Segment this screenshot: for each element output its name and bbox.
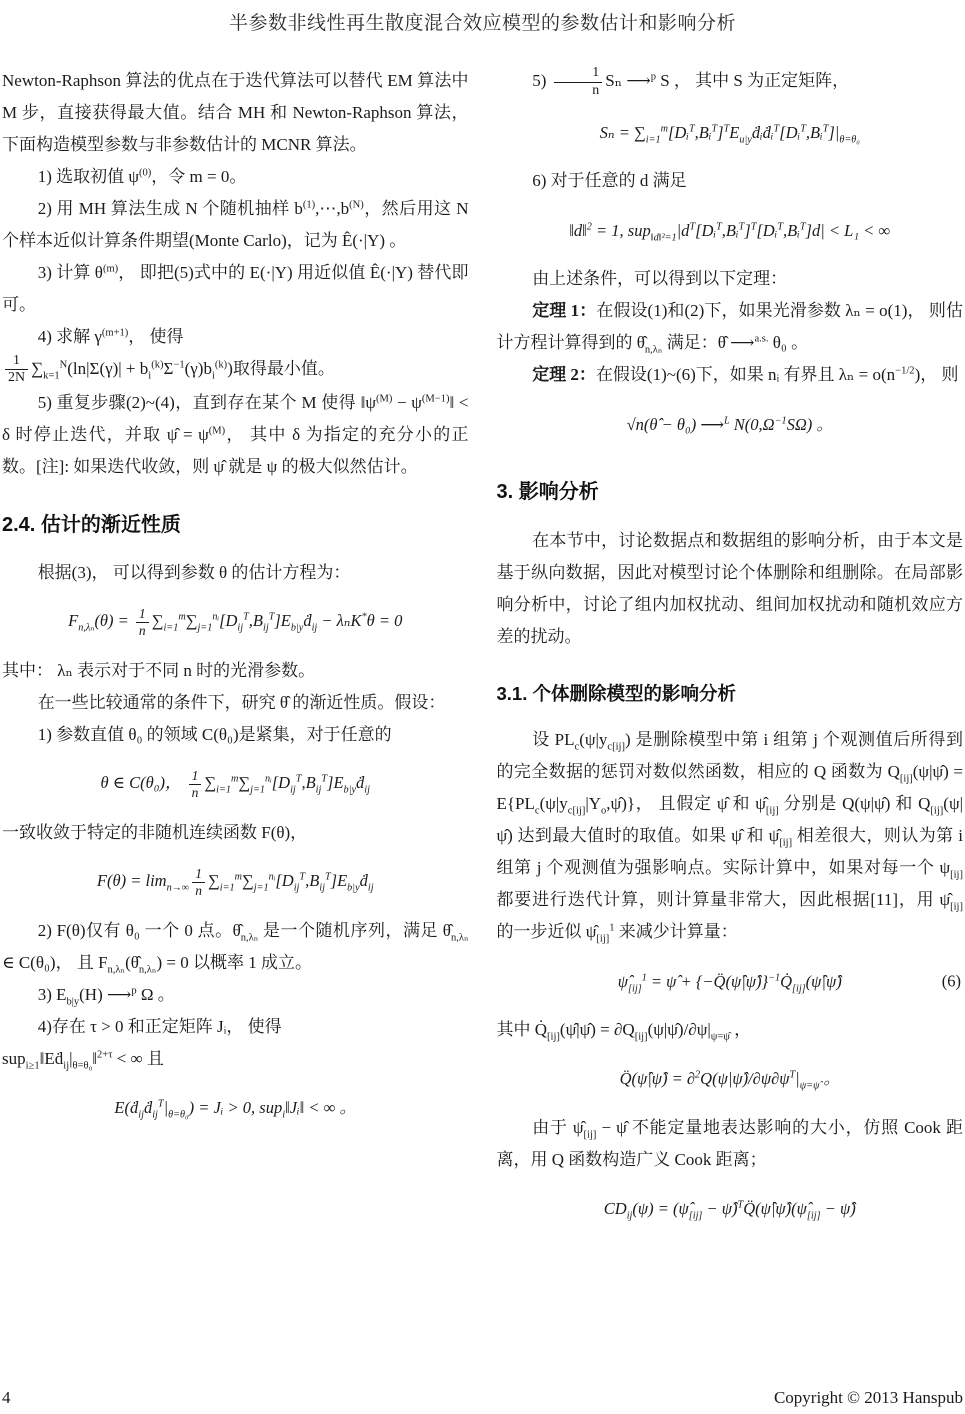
estimating-equation-formula: Fn,λₙ(θ) = 1n∑i=1m∑j=1nᵢ[DijT,BijT]Eb|yḋ… [68, 605, 402, 639]
mcnr-step-2: 2) 用 MH 算法生成 N 个随机抽样 b(1),⋯,b(N)，然后用这 N … [2, 193, 469, 257]
minimize-sum-formula: 12N∑k=1N(ln|Σ(γ)| + bi(k)Σ−1(γ)bi(k)) [2, 359, 233, 378]
bounded-d-equation: ‖d‖2 = 1, sup‖d‖²=1|dT[DᵢT,BᵢT]T[DᵢT,BᵢT… [497, 204, 964, 256]
generalized-cook-distance-formula: CDij(ψ) = (ψ̂[ij] − ψ̂)TQ̈(ψ̂|ψ̂)(ψ̂[ij]… [604, 1193, 856, 1224]
mcnr-intro-paragraph: Newton-Raphson 算法的优点在于迭代算法可以替代 EM 算法中 M … [2, 65, 469, 161]
estimating-equation-intro: 根据(3)， 可以得到参数 θ 的估计方程为： [2, 557, 469, 589]
theta-in-compact-set-formula: θ ∈ C(θ₀)， 1n∑i=1m∑j=1nᵢ[DijT,BijT]Eb|yḋ… [101, 767, 370, 801]
asymptotic-properties-intro: 在一些比较通常的条件下，研究 θ̂ 的渐近性质。假设： [2, 687, 469, 719]
two-column-body: Newton-Raphson 算法的优点在于迭代算法可以替代 EM 算法中 M … [2, 65, 963, 1242]
q-ddot-definition-formula: Q̈(ψ̂|ψ̂) = ∂2Q(ψ|ψ̂)/∂ψ∂ψT|ψ=ψ̂ 。 [620, 1063, 840, 1094]
generalized-cook-intro: 由于 ψ̂[ij] − ψ̂ 不能定量地表达影响的大小，仿照 Cook 距离，用… [497, 1112, 964, 1176]
influence-analysis-intro: 在本节中，讨论数据点和数据组的影响分析，由于本文是基于纵向数据，因此对模型讨论个… [497, 525, 964, 653]
right-column: 5) 1nSₙ ⟶p S ， 其中 S 为正定矩阵， Sₙ = ∑i=1m[Dᵢ… [497, 65, 964, 1242]
smoothing-parameter-note: 其中： λₙ 表示对于不同 n 时的光滑参数。 [2, 655, 469, 687]
mcnr-step-4-formula-line: 12N∑k=1N(ln|Σ(γ)| + bi(k)Σ−1(γ)bi(k))取得最… [2, 353, 469, 387]
theorem-1: 定理 1：在假设(1)和(2)下，如果光滑参数 λₙ = o(1)， 则估计方程… [497, 295, 964, 359]
assumption-1-equation: θ ∈ C(θ₀)， 1n∑i=1m∑j=1nᵢ[DijT,BijT]Eb|yḋ… [2, 758, 469, 810]
page-footer: 4 Copyright © 2013 Hanspub [2, 1388, 963, 1408]
running-head-title: 半参数非线性再生散度混合效应模型的参数估计和影响分析 [0, 0, 965, 35]
left-column: Newton-Raphson 算法的优点在于迭代算法可以替代 EM 算法中 M … [2, 65, 469, 1242]
theorems-intro: 由上述条件，可以得到以下定理： [497, 263, 964, 295]
assumption-2: 2) F(θ)仅有 θ₀ 一个 0 点。θ̂n,λₙ 是一个随机序列，满足 θ̂… [2, 915, 469, 979]
sn-matrix-formula: Sₙ = ∑i=1m[DᵢT,BᵢT]TEu|yḋᵢḋᵢT[DᵢT,BᵢT]|θ… [600, 117, 860, 148]
assumption-5: 5) 1nSₙ ⟶p S ， 其中 S 为正定矩阵， [497, 65, 964, 99]
limit-function-formula: F(θ) = limn→∞1n∑i=1m∑j=1nᵢ[DijT,BijT]Eb|… [97, 865, 374, 899]
assumption-1: 1) 参数直值 θ₀ 的领域 C(θ₀)是紧集，对于任意的 [2, 719, 469, 751]
assumption-6: 6) 对于任意的 d 满足 [497, 165, 964, 197]
sup-condition-line: supi≥1‖Eḋij|θ=θ₀‖2+τ < ∞ 且 [2, 1043, 469, 1075]
mcnr-step-4: 4) 求解 γ(m+1)， 使得 [2, 321, 469, 353]
positive-definite-formula: E(ḋijḋijT|θ=θ₀) = Jᵢ > 0, supi‖Jᵢ‖ < ∞ 。 [114, 1092, 356, 1123]
minimize-sum-tail: 取得最小值。 [233, 359, 335, 378]
q-dot-definition-line: 其中 Q̇[ij](ψ̂|ψ̂) = ∂Q[ij](ψ|ψ̂)/∂ψ|ψ=ψ̂ … [497, 1014, 964, 1046]
mcnr-step-5: 5) 重复步骤(2)~(4)，直到存在某个 M 使得 ‖ψ(M) − ψ(M−1… [2, 387, 469, 483]
one-step-approximation-equation: ψ̂[ij]1 = ψ̂ + {−Q̈(ψ̂|ψ̂)}−1Q̇[ij](ψ̂|ψ… [497, 955, 964, 1007]
section-heading-3-1: 3.1. 个体删除模型的影响分析 [497, 677, 964, 712]
assumption-3: 3) Eb|y(H) ⟶p Ω 。 [2, 979, 469, 1011]
theorem-2: 定理 2：在假设(1)~(6)下，如果 nᵢ 有界且 λₙ = o(n−1/2)… [497, 359, 964, 391]
bounded-d-formula: ‖d‖2 = 1, sup‖d‖²=1|dT[DᵢT,BᵢT]T[DᵢT,BᵢT… [569, 215, 890, 246]
theorem-2-text: 在假设(1)~(6)下，如果 nᵢ 有界且 λₙ = o(n−1/2)， 则 [596, 365, 959, 384]
q-ddot-definition-equation: Q̈(ψ̂|ψ̂) = ∂2Q(ψ|ψ̂)/∂ψ∂ψT|ψ=ψ̂ 。 [497, 1053, 964, 1105]
uniform-convergence-note: 一致收敛于特定的非随机连续函数 F(θ)， [2, 817, 469, 849]
sn-matrix-equation: Sₙ = ∑i=1m[DᵢT,BᵢT]TEu|yḋᵢḋᵢT[DᵢT,BᵢT]|θ… [497, 106, 964, 158]
asymptotic-normality-equation: √n(θ̂ − θ₀) ⟶L N(0,Ω−1SΩ) 。 [497, 398, 964, 450]
page-number: 4 [2, 1388, 11, 1408]
mcnr-step-3: 3) 计算 θ(m)， 即把(5)式中的 E(·|Y) 用近似值 Ê(·|Y) … [2, 257, 469, 321]
section-heading-2-4: 2.4. 估计的渐近性质 [2, 507, 469, 545]
copyright-notice: Copyright © 2013 Hanspub [774, 1388, 963, 1408]
positive-definite-equation: E(ḋijḋijT|θ=θ₀) = Jᵢ > 0, supi‖Jᵢ‖ < ∞ 。 [2, 1082, 469, 1134]
equation-number-6: (6) [942, 966, 961, 997]
paper-page: 半参数非线性再生散度混合效应模型的参数估计和影响分析 Newton-Raphso… [0, 0, 965, 1414]
section-heading-3: 3. 影响分析 [497, 474, 964, 512]
asymptotic-normality-formula: √n(θ̂ − θ₀) ⟶L N(0,Ω−1SΩ) 。 [627, 409, 833, 440]
limit-function-equation: F(θ) = limn→∞1n∑i=1m∑j=1nᵢ[DijT,BijT]Eb|… [2, 856, 469, 908]
one-step-approximation-formula: ψ̂[ij]1 = ψ̂ + {−Q̈(ψ̂|ψ̂)}−1Q̇[ij](ψ̂|ψ… [618, 966, 842, 997]
estimating-equation: Fn,λₙ(θ) = 1n∑i=1m∑j=1nᵢ[DijT,BijT]Eb|yḋ… [2, 596, 469, 648]
assumption-4: 4)存在 τ > 0 和正定矩阵 Jᵢ， 使得 [2, 1011, 469, 1043]
mcnr-step-1: 1) 选取初值 ψ(0)，令 m = 0。 [2, 161, 469, 193]
theorem-1-label: 定理 1： [532, 301, 596, 320]
generalized-cook-distance-equation: CDij(ψ) = (ψ̂[ij] − ψ̂)TQ̈(ψ̂|ψ̂)(ψ̂[ij]… [497, 1183, 964, 1235]
theorem-2-label: 定理 2： [532, 365, 596, 384]
case-deletion-paragraph: 设 PLc(ψ|yc[ij]) 是删除模型中第 i 组第 j 个观测值后所得到的… [497, 724, 964, 948]
